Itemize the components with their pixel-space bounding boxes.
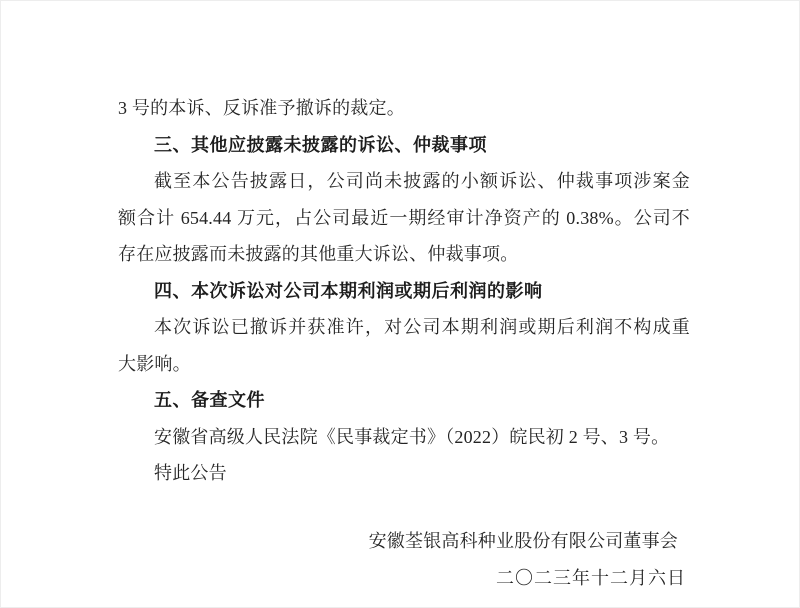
signature-date: 二〇二三年十二月六日	[118, 560, 690, 597]
announcement-document: 3 号的本诉、反诉准予撤诉的裁定。 三、其他应披露未披露的诉讼、仲裁事项 截至本…	[118, 90, 690, 596]
body-line-undisclosed-2: 额合计 654.44 万元，占公司最近一期经审计净资产的 0.38%。公司不	[118, 200, 690, 237]
closing-statement: 特此公告	[118, 455, 690, 492]
body-line-impact-1: 本次诉讼已撤诉并获准许，对公司本期利润或期后利润不构成重	[118, 309, 690, 346]
signature-company: 安徽荃银高科种业股份有限公司董事会	[118, 523, 690, 560]
body-line-reference-document: 安徽省高级人民法院《民事裁定书》（2022）皖民初 2 号、3 号。	[118, 419, 690, 456]
body-line-undisclosed-3: 存在应披露而未披露的其他重大诉讼、仲裁事项。	[118, 236, 690, 273]
body-line-undisclosed-1: 截至本公告披露日，公司尚未披露的小额诉讼、仲裁事项涉案金	[118, 163, 690, 200]
section-heading-other-litigation: 三、其他应披露未披露的诉讼、仲裁事项	[118, 127, 690, 164]
section-heading-profit-impact: 四、本次诉讼对公司本期利润或期后利润的影响	[118, 273, 690, 310]
body-line-ruling: 3 号的本诉、反诉准予撤诉的裁定。	[118, 90, 690, 127]
body-line-impact-2: 大影响。	[118, 346, 690, 383]
section-heading-reference-documents: 五、备查文件	[118, 382, 690, 419]
scanned-announcement-page: { "page": { "background": "#ffffff", "te…	[0, 0, 800, 608]
